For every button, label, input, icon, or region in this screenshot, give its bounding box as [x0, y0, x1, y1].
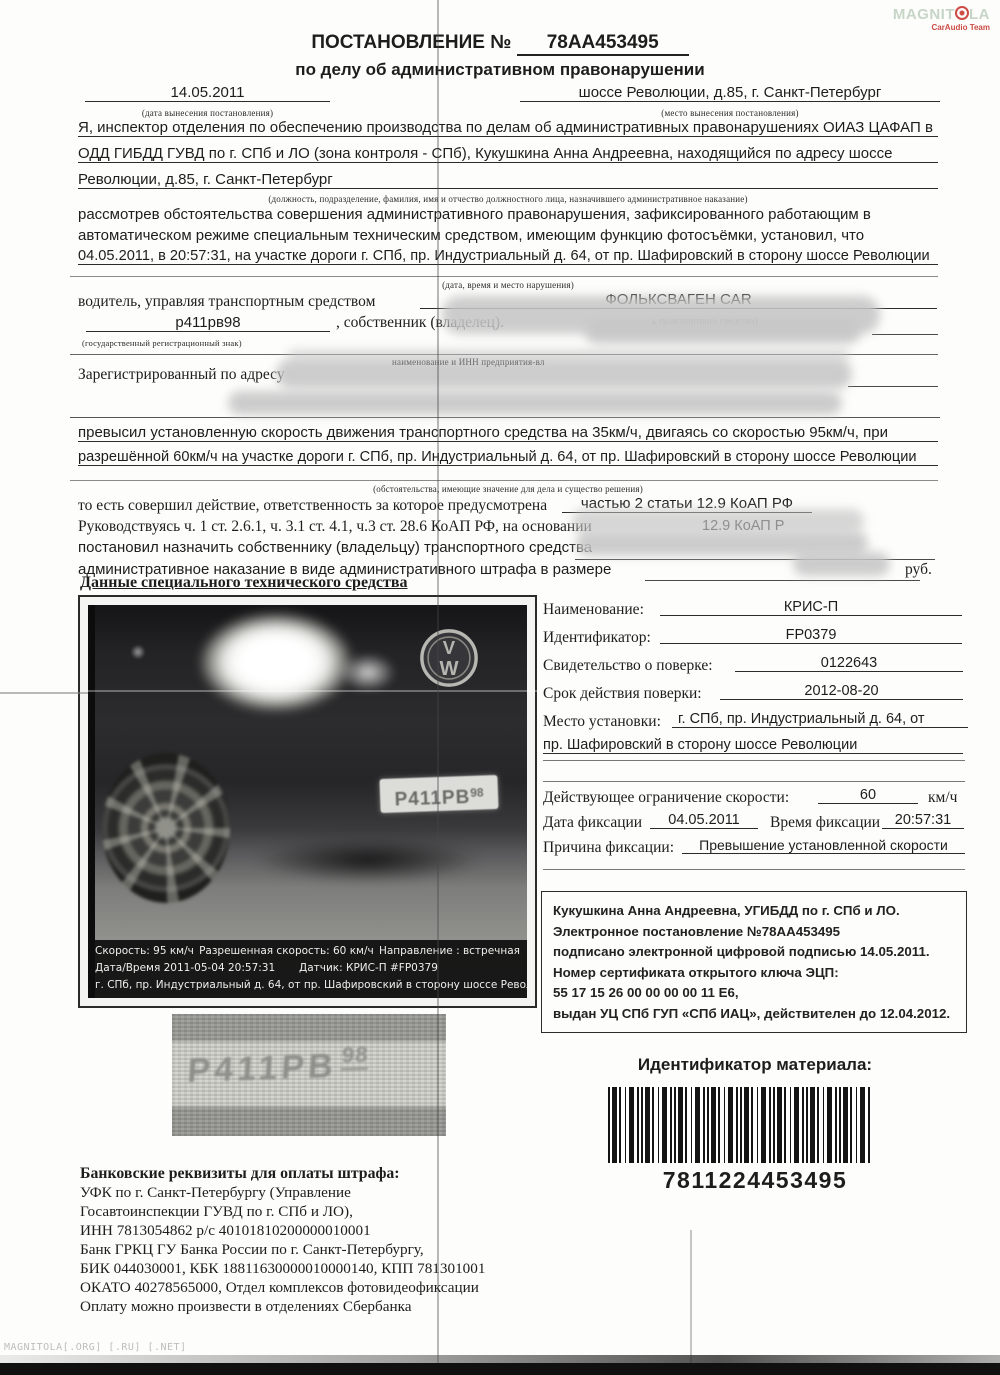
scan-fold-line-2 — [690, 1230, 692, 1363]
photo-allowed-speed: Разрешенная скорость: 60 км/ч — [199, 943, 374, 960]
inspector-caption: (должность, подразделение, фамилия, имя … — [78, 194, 938, 204]
violation-datetime-line: 04.05.2011, в 20:57:31, на участке дорог… — [78, 248, 938, 265]
offense-label: то есть совершил действие, ответственнос… — [78, 497, 547, 515]
decree-place: шоссе Революции, д.85, г. Санкт-Петербур… — [520, 84, 940, 102]
photo-datetime: Дата/Время 2011-05-04 20:57:31 — [95, 962, 275, 974]
penalty-currency: руб. — [905, 561, 932, 579]
photo-direction: Направление : встречная — [379, 943, 520, 960]
guided-line: Руководствуясь ч. 1 ст. 2.6.1, ч. 3.1 ст… — [78, 518, 592, 536]
bank-line: Оплату можно произвести в отделениях Сбе… — [80, 1297, 680, 1316]
barcode — [608, 1087, 870, 1163]
violation-photo: V W Р411РВ98 Скорость: 95 км/ч Разрешенн… — [88, 605, 527, 998]
photo-place: г. СПб, пр. Индустриальный д. 64, от пр.… — [95, 979, 527, 991]
bank-line: Банк ГРКЦ ГУ Банка России по г. Санкт-Пе… — [80, 1240, 680, 1259]
signature-line: Номер сертификата открытого ключа ЭЦП: — [553, 963, 955, 984]
photo-telemetry-footer: Скорость: 95 км/ч Разрешенная скорость: … — [88, 940, 527, 998]
signature-line: выдан УЦ СПб ГУП «СПб ИАЦ», действителен… — [553, 1004, 955, 1025]
photo-plate-number: Р411РВ — [394, 787, 470, 811]
device-id-value: FP0379 — [660, 627, 962, 644]
location-value-line1: г. СПб, пр. Индустриальный д. 64, от — [672, 711, 968, 728]
speed-limit-value: 60 — [818, 787, 918, 804]
speed-line-2: разрешённой 60км/ч на участке дороги г. … — [78, 449, 938, 466]
signature-line: подписано электронной цифровой подписью … — [553, 942, 955, 963]
bottom-watermark: MAGNITOLA[.ORG] [.RU] [.NET] — [4, 1342, 187, 1353]
certificate-value: 0122643 — [735, 655, 963, 672]
decision-line: постановил назначить собственнику (владе… — [78, 539, 592, 556]
material-id-title: Идентификатор материала: — [543, 1055, 967, 1075]
decree-place-caption: (место вынесения постановления) — [520, 108, 940, 118]
speed-line-1: превысил установленную скорость движения… — [78, 424, 938, 442]
datetime-caption: (дата, время и место нарушения) — [78, 280, 938, 290]
tech-section-title: Данные специального технического средств… — [80, 574, 408, 592]
scan-edge-smear — [0, 1355, 1000, 1363]
scan-crease-left — [0, 692, 88, 694]
scanned-decree-document: MAGNITLA CarAudio Team ПОСТАНОВЛЕНИЕ № 7… — [0, 0, 1000, 1375]
digital-signature-box: Кукушкина Анна Андреевна, УГИБДД по г. С… — [541, 891, 967, 1033]
plate-caption: (государственный регистрационный знак) — [82, 338, 242, 348]
scan-bottom-edge — [0, 1363, 1000, 1375]
fix-reason-label: Причина фиксации: — [543, 839, 674, 857]
inn-caption-fragment: наименование и ИНН предприятия-вл — [392, 357, 545, 367]
speed-limit-unit: км/ч — [928, 789, 957, 807]
redaction-blob-address-2 — [228, 391, 842, 415]
plate-crop-region: 98 — [341, 1042, 370, 1071]
fix-date-label: Дата фиксации — [543, 814, 642, 832]
certificate-label: Свидетельство о поверке: — [543, 657, 713, 675]
scan-fold-line — [437, 0, 439, 1363]
device-id-label: Идентификатор: — [543, 629, 651, 647]
signature-line: Электронное постановление №78АА453495 — [553, 922, 955, 943]
plate-crop-number: Р411РВ — [186, 1047, 338, 1090]
page-title: ПОСТАНОВЛЕНИЕ № 78АА453495 — [0, 32, 1000, 54]
vw-logo-icon: V W — [418, 627, 480, 689]
column-rule — [543, 869, 965, 870]
speed-limit-label: Действующее ограничение скорости: — [543, 789, 789, 807]
form-rule — [70, 276, 938, 277]
circumstances-caption: (обстоятельства, имеющие значение для де… — [78, 484, 938, 494]
driver-label: водитель, управляя транспортным средство… — [78, 293, 375, 311]
car-wheel — [102, 753, 230, 903]
photo-sensor: Датчик: КРИС-П #FP0379 — [299, 960, 438, 977]
bank-line: ОКАТО 40278565000, Отдел комплексов фото… — [80, 1278, 680, 1297]
photo-plate-region: 98 — [470, 785, 484, 799]
form-rule — [70, 417, 940, 418]
decree-date-caption: (дата вынесения постановления) — [85, 108, 330, 118]
page-subtitle: по делу об административном правонарушен… — [0, 60, 1000, 80]
plate-value: р411рв98 — [86, 314, 330, 332]
fix-reason-value: Превышение установленной скорости — [682, 837, 965, 854]
svg-text:V: V — [443, 637, 456, 658]
signature-line: Кукушкина Анна Андреевна, УГИБДД по г. С… — [553, 901, 955, 922]
penalty-rule-segment — [645, 580, 920, 581]
photo-speed: Скорость: 95 км/ч — [95, 943, 194, 960]
form-rule — [70, 480, 938, 481]
fix-time-value: 20:57:31 — [882, 812, 964, 829]
signature-line: 55 17 15 26 00 00 00 00 11 Е6, — [553, 983, 955, 1004]
device-name-label: Наименование: — [543, 601, 644, 619]
speaker-icon — [955, 6, 969, 20]
redaction-blob-address-1 — [276, 359, 852, 389]
fix-date-value: 04.05.2011 — [650, 812, 758, 829]
reflection-dot — [130, 645, 146, 659]
bank-line: ИНН 7813054862 р/с 40101810200000010001 — [80, 1221, 680, 1240]
car-shadow — [218, 830, 518, 890]
validity-value: 2012-08-20 — [720, 683, 963, 700]
column-rule — [543, 781, 965, 782]
scan-crease-photo — [88, 690, 537, 692]
address-rule-segment — [848, 386, 938, 387]
bank-line: Госавтоинспекции ГУВД по г. СПб и ЛО), — [80, 1202, 680, 1221]
redaction-blob-owner-2 — [585, 320, 860, 344]
magnitola-logo: MAGNITLA CarAudio Team — [886, 6, 990, 34]
guided-redacted-fragment: 12.9 КоАП Р — [702, 518, 784, 534]
registered-label: Зарегистрированный по адресу — [78, 366, 285, 384]
svg-text:W: W — [439, 658, 458, 680]
bank-line: БИК 044030001, КБК 18811630000010000140,… — [80, 1259, 680, 1278]
location-label: Место установки: — [543, 713, 661, 731]
considered-line-1: рассмотрев обстоятельства совершения адм… — [78, 206, 938, 223]
device-name-value: КРИС-П — [660, 599, 962, 616]
location-value-line2: пр. Шафировский в сторону шоссе Революци… — [543, 737, 963, 754]
decree-number: 78АА453495 — [517, 32, 689, 56]
fix-time-label: Время фиксации — [770, 814, 880, 832]
bank-title: Банковские реквизиты для оплаты штрафа: — [80, 1164, 680, 1183]
bank-line: УФК по г. Санкт-Петербургу (Управление — [80, 1183, 680, 1202]
decree-date: 14.05.2011 — [85, 84, 330, 102]
plate-crop-text: Р411РВ 98 — [186, 1040, 430, 1091]
inspector-line-3: Революции, д.85, г. Санкт-Петербург — [78, 171, 938, 189]
owner-rule-segment — [872, 334, 938, 335]
license-plate-crop-image: Р411РВ 98 — [172, 1014, 446, 1136]
inspector-line-1: Я, инспектор отделения по обеспечению пр… — [78, 119, 938, 137]
validity-label: Срок действия поверки: — [543, 685, 702, 703]
considered-line-2: автоматическом режиме специальным технич… — [78, 227, 938, 244]
redaction-blob-penalty — [793, 552, 890, 576]
bank-details: Банковские реквизиты для оплаты штрафа: … — [80, 1164, 680, 1316]
column-rule — [543, 760, 965, 761]
violation-photo-frame: V W Р411РВ98 Скорость: 95 км/ч Разрешенн… — [78, 595, 537, 1008]
title-prefix: ПОСТАНОВЛЕНИЕ № — [311, 32, 511, 53]
inspector-line-2: ОДД ГИБДД ГУВД по г. СПб и ЛО (зона конт… — [78, 145, 938, 163]
photo-license-plate: Р411РВ98 — [379, 775, 498, 813]
